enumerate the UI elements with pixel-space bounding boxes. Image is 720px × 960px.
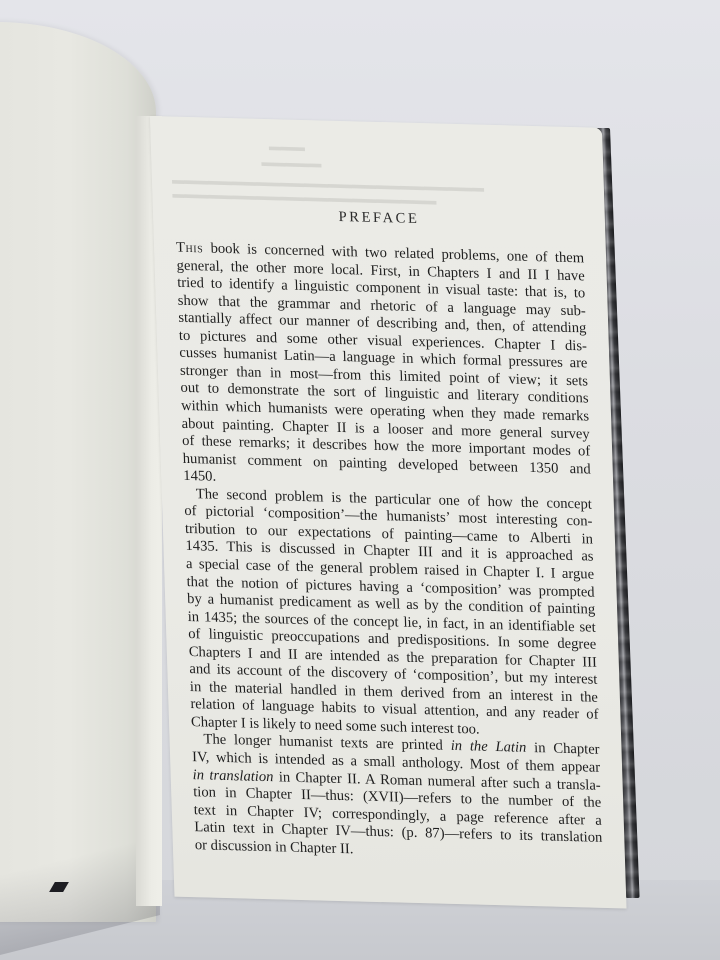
- left-page-curled: [0, 22, 156, 922]
- line-text: in Chapter: [526, 740, 600, 758]
- preface-page: ▬▬▬ ▬▬▬▬▬ ▬▬▬▬▬▬▬▬▬▬▬▬▬▬▬▬▬▬▬▬▬▬▬▬▬▬ ▬▬▬…: [150, 116, 627, 908]
- italic-phrase: in the Latin: [450, 738, 526, 756]
- drop-smallcaps-word: This: [176, 240, 204, 257]
- italic-phrase: in translation: [192, 767, 273, 785]
- line-text: or discussion in Chapter II.: [195, 837, 354, 857]
- line-text: 1450.: [183, 468, 216, 485]
- preface-body: This book is concerned with two related …: [150, 116, 627, 908]
